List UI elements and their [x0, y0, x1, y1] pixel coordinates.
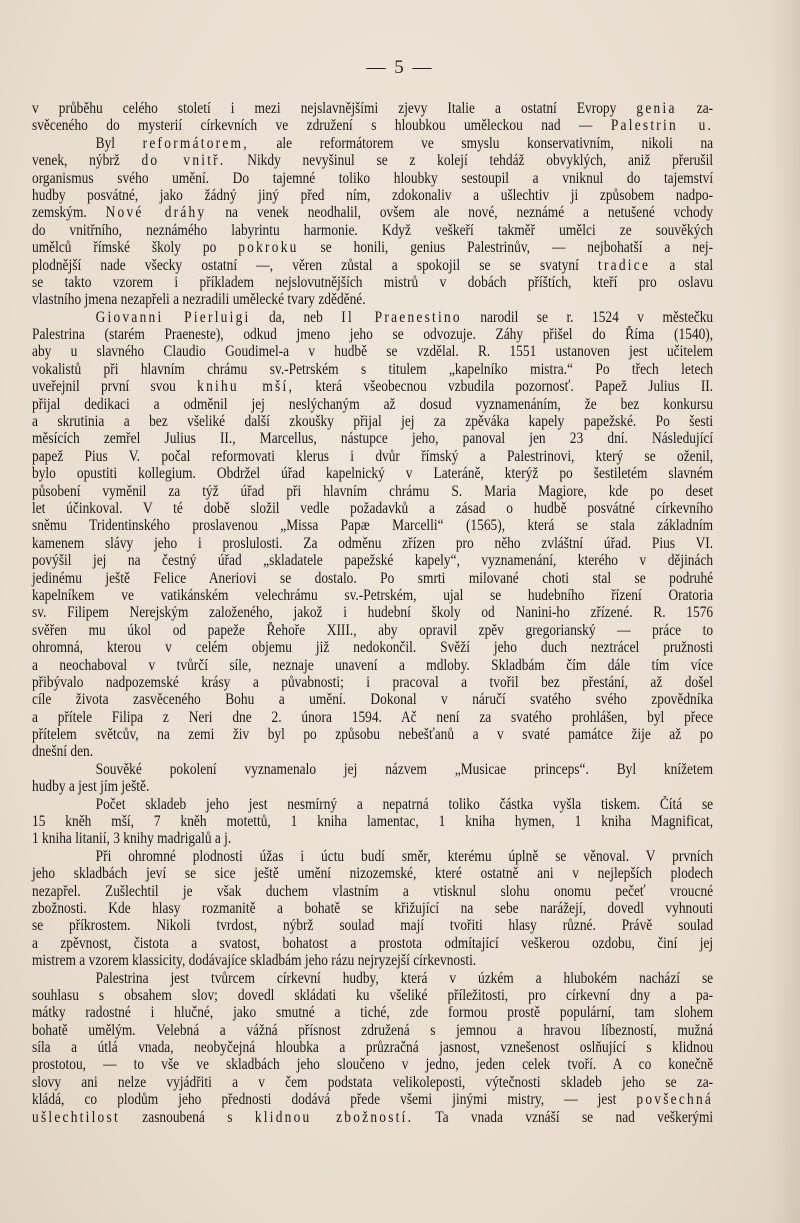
- spaced-emphasis: klidnou zbožností.: [255, 1109, 413, 1126]
- text-line: a zpěvnost, čistota a svatost, bohatost …: [32, 935, 713, 952]
- text-line: souhlasu s obsahem slov; dovedl skládati…: [32, 987, 713, 1004]
- text-line: kapelníkem ve vatikánském velechrámu sv.…: [32, 587, 713, 604]
- text-line: nezapřel. Zušlechtil je však duchem vlas…: [32, 883, 713, 900]
- text-line: se takto vzorem i příkladem nejslovutněj…: [32, 274, 713, 291]
- text-line: hudby posvátné, jako žádný jiný před ním…: [32, 187, 713, 204]
- page-number: — 5 —: [0, 57, 800, 79]
- spaced-emphasis: pokroku: [238, 239, 298, 256]
- text-line: jedinému ještě Felice Aneriovi se dostal…: [32, 570, 713, 587]
- text-line: plodnější nade všecky ostatní —, věren z…: [32, 257, 713, 274]
- text-line: aby u slavného Claudio Goudimel-a v hudb…: [32, 343, 713, 360]
- text-line: Při ohromné plodnosti úžas i úctu budí s…: [32, 848, 713, 865]
- text-line: v průběhu celého století i mezi nejslavn…: [32, 100, 713, 117]
- text-line: zemským. Nové dráhy na venek neodhalil, …: [32, 204, 713, 221]
- text-line: sněmu Tridentinského proslavenou „Missa …: [32, 517, 713, 534]
- text-line: svěceného do mysterií církevních ve zdru…: [32, 117, 713, 134]
- text-line: do vnitřního, neznámého labyrintu harmon…: [32, 222, 713, 239]
- text-line: měsících zemřel Julius II., Marcellus, n…: [32, 430, 713, 447]
- body-text: v průběhu celého století i mezi nejslavn…: [32, 100, 713, 1126]
- spaced-emphasis: knihu mší,: [197, 378, 294, 395]
- text-line: vlastního jmena nezapřeli a nezradili um…: [32, 291, 713, 308]
- text-line: papež Pius V. počal reformovati klerus i…: [32, 448, 713, 465]
- text-line: kamenem slávy jeho i proslulosti. Za odm…: [32, 535, 713, 552]
- spaced-emphasis: Il Praenestino: [341, 309, 462, 326]
- text-line: Souvěké pokolení vyznamenalo jej názvem …: [32, 761, 713, 778]
- text-line: přítelem světcův, na zemi živ byl po způ…: [32, 726, 713, 743]
- text-line: se příkrostem. Nikoli tvrdost, nýbrž sou…: [32, 917, 713, 934]
- text-line: let účinkoval. V té době složil vedle po…: [32, 500, 713, 517]
- text-line: Počet skladeb jeho jest nesmírný a nepat…: [32, 796, 713, 813]
- spaced-emphasis: tradice: [598, 257, 650, 274]
- text-line: přijal dedikaci a odměnil jej neslýchaný…: [32, 396, 713, 413]
- text-line: zbožnosti. Kde hlasy rozmanitě a bohatě …: [32, 900, 713, 917]
- spaced-emphasis: reformátorem,: [143, 135, 249, 152]
- text-line: prostotou, — to vše ve skladbách jeho sl…: [32, 1056, 713, 1073]
- text-line: síla a útlá vnada, neobyčejná hloubka a …: [32, 1039, 713, 1056]
- text-line: Byl reformátorem, ale reformátorem ve sm…: [32, 135, 713, 152]
- text-line: ušlechtilost zasnoubená s klidnou zbožno…: [32, 1109, 713, 1126]
- text-line: povýšil jej na čestný úřad „skladatele p…: [32, 552, 713, 569]
- text-line: uveřejnil první svou knihu mší, která vš…: [32, 378, 713, 395]
- text-line: umělců římské školy po pokroku se honili…: [32, 239, 713, 256]
- text-line: Palestrina (starém Praeneste), odkud jme…: [32, 326, 713, 343]
- text-line: mátky radostné i hlučné, jako smutné a t…: [32, 1004, 713, 1021]
- text-line: bylo opustiti kollegium. Obdržel úřad ka…: [32, 465, 713, 482]
- text-line: organismus svého umění. Do tajemné tolik…: [32, 170, 713, 187]
- text-line: mistrem a vzorem klassicity, dodávajíce …: [32, 952, 713, 969]
- text-line: a neochaboval v tvůrčí síle, neznaje una…: [32, 657, 713, 674]
- spaced-emphasis: Palestrin u.: [611, 117, 713, 134]
- text-line: Palestrina jest tvůrcem církevní hudby, …: [32, 970, 713, 987]
- text-line: sv. Filipem Nerejským založeného, jakož …: [32, 604, 713, 621]
- text-line: jeho skladbách jeví se sice ještě umění …: [32, 865, 713, 882]
- text-line: slovy ani nelze vyjádřiti a v čem podsta…: [32, 1074, 713, 1091]
- text-line: bohatě umělým. Velebná a vážná přísnost …: [32, 1022, 713, 1039]
- text-line: 15 kněh mší, 7 kněh motettů, 1 kniha lam…: [32, 813, 713, 830]
- text-line: vokalistů při hlavním chrámu sv.-Petrské…: [32, 361, 713, 378]
- text-line: venek, nýbrž do vnitř. Nikdy nevyšinul s…: [32, 152, 713, 169]
- spaced-emphasis: genia: [636, 100, 676, 117]
- spaced-emphasis: povšechná: [636, 1091, 713, 1108]
- text-line: přibývalo nadpozemské krásy a půvabnosti…: [32, 674, 713, 691]
- spaced-emphasis: ušlechtilost: [32, 1109, 120, 1126]
- text-line: Giovanni Pierluigi da, neb Il Praenestin…: [32, 309, 713, 326]
- text-line: svěřen mu úkol od papeže Řehoře XIII., a…: [32, 622, 713, 639]
- text-line: působení vyměnil za týž úřad při hlavním…: [32, 483, 713, 500]
- spaced-emphasis: Nové dráhy: [106, 204, 207, 221]
- spaced-emphasis: do vnitř.: [141, 152, 225, 169]
- text-line: 1 kniha litanií, 3 knihy madrigalů a j.: [32, 830, 713, 847]
- text-line: hudby a jest jím ještě.: [32, 778, 713, 795]
- text-line: a přítele Filipa z Neri dne 2. února 159…: [32, 709, 713, 726]
- spaced-emphasis: Giovanni Pierluigi: [96, 309, 251, 326]
- text-line: cíle života zasvěceného Bohu a umění. Do…: [32, 691, 713, 708]
- text-line: dnešní den.: [32, 743, 713, 760]
- text-line: ohromná, kterou v celém objemu již nedok…: [32, 639, 713, 656]
- text-line: a skrutinia a bez všeliké další zkoušky …: [32, 413, 713, 430]
- text-line: kládá, co plodům jeho přednosti dodává p…: [32, 1091, 713, 1108]
